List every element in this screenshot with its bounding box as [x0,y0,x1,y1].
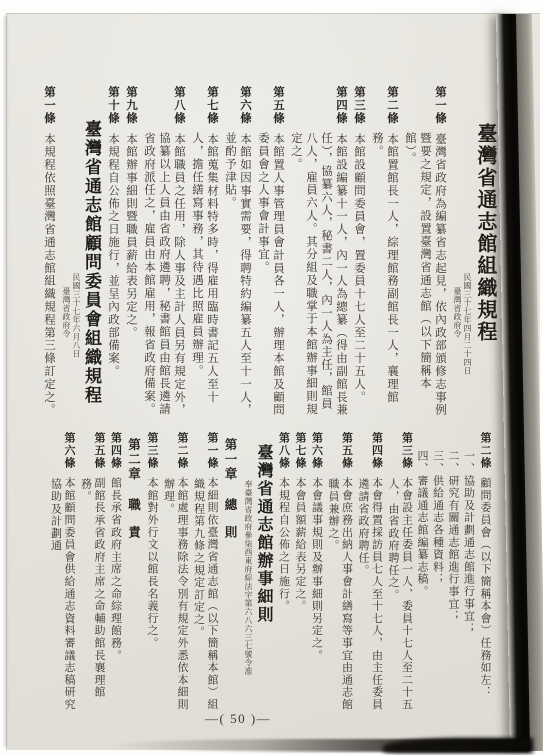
section-header-advisory-committee: 臺灣省通志館顧問委員會組織規程 民國三十七年六月八日 臺灣省政府令 [61,28,102,422]
article-text: 本會員額薪給表另定之。 [294,477,306,612]
article-number: 第九條 [125,86,137,125]
promulgation-dates: 民國三十七年四月二十四日 臺灣省政府令 [452,28,472,422]
article: 第六條本會議事規則及辦事細則另定之。 [309,428,323,715]
chapter-number: 第一章 [223,438,237,482]
promulgation-dates: 民國三十七年六月八日 臺灣省政府令 [61,28,81,422]
article: 第七條本館蒐集材料特多時，得雇用臨時書記五人至十人，擔任繕寫事務，其待遇比照雇員… [189,28,219,422]
article: 第二條本館處理事務除法令別有規定外悉依本細則辦理。 [161,428,188,715]
article-number: 第二條 [386,86,398,125]
article-number: 第五條 [341,432,353,469]
article-number: 第七條 [294,432,306,469]
page-number: —( 50 )— [205,711,271,727]
article-number: 第五條 [272,86,284,125]
article-number: 第二條 [176,432,188,469]
article: 第三條本館對外行文以館長名義行之。 [145,428,159,715]
article-number: 第八條 [278,432,290,469]
article: 第四條本會得置採訪員七人至十七人，由主任委員遴請省政府聘任。 [356,428,383,715]
chapter-name: 職責 [127,498,141,553]
article: 第一條臺灣省政府為編纂省志起見，依內政部頒修志事例暨要之規定，設置臺灣省通志館（… [402,28,447,422]
section-subtitle: 奉臺灣省政府參柒酉東府綜法字第六八六三七號令准 [243,428,253,715]
article-text: 本館顧問委員會供給通志資料審議志稿研究協助及計劃通 [50,477,76,711]
article-number: 第三條 [146,432,158,469]
article-text: 本館職員之任用，除人事及主計人員另有規定外，協纂以上人員由省政府遴聘，秘書館員由… [143,132,185,417]
chapter-heading: 第一章總則 [221,428,238,715]
bottom-regulations-band: 第二條顧問委員會（以下簡稱本會）任務如左： 一、協助及計劃通志館進行事宜； 二、… [20,428,491,715]
article: 第一條本規程依照臺灣省通志館組織規程第三條訂定之。 [41,28,56,422]
article-number: 第四條 [371,432,383,469]
article-number: 第八條 [173,86,185,125]
article-number: 第三條 [401,432,413,469]
article: 第九條本館辦事細則暨職員薪給表另定之。 [123,28,138,422]
article-number: 第七條 [206,86,218,125]
article: 第五條副館長承省政府主席之命輔助館長襄理館務。 [78,428,105,715]
authority-line: 臺灣省政府令 [61,273,71,422]
article-text: 本館設編纂十一人，內一人為總纂（得由副館長兼任），協纂六人，秘書二人，內一人為主… [290,132,347,417]
article: 第八條本規程自公佈之日施行。 [276,428,290,715]
article-item: 三、供給通志各種資料； [430,428,444,715]
scan-edge-left [4,16,7,747]
article-text: 館長承省政府主席之命綜理館務。 [110,477,122,662]
article-text: 本館辦事細則暨職員薪給表另定之。 [125,133,137,339]
article-text: 本細則依臺灣省通志館（以下簡稱本館）組織規程第九條之規定訂定之。 [193,477,219,711]
article-number: 第十條 [107,86,119,125]
article-number: 第六條 [239,86,251,125]
article-number: 第二條 [479,432,491,469]
article: 第一條本細則依臺灣省通志館（以下簡稱本館）組織規程第九條之規定訂定之。 [191,428,218,715]
article-number: 第五條 [93,432,105,469]
article-number: 第一條 [434,86,446,125]
article: 第八條本館職員之任用，除人事及主計人員另有規定外，協纂以上人員由省政府遴聘，秘書… [141,28,186,422]
authority-line: 臺灣省政府令 [452,273,462,422]
article-text: 臺灣省政府為編纂省志起見，依內政部頒修志事例暨要之規定，設置臺灣省通志館（以下簡… [404,132,446,417]
article: 第四條本館設編纂十一人，內一人為總纂（得由副館長兼任），協纂六人，秘書二人，內一… [288,28,348,422]
article-text: 本會議事規則及辦事細則另定之。 [311,477,323,662]
date-line: 民國三十七年六月八日 [71,273,81,422]
article-text: 顧問委員會（以下簡稱本會）任務如左： [479,477,491,698]
chapter-name: 總則 [223,498,237,553]
article: 第七條本會員額薪給表另定之。 [293,428,307,715]
section-header-org-regulations: 臺灣省通志館組織規程 民國三十七年四月二十四日 臺灣省政府令 [452,28,497,422]
article: 第四條館長承省政府主席之命綜理館務。 [108,428,122,715]
section-header-detailed-rules: 臺灣省通志館辦事細則 奉臺灣省政府參柒酉東府綜法字第六八六三七號令准 [243,428,273,715]
section-title: 臺灣省通志館組織規程 [472,28,497,422]
top-regulations-band: 臺灣省通志館組織規程 民國三十七年四月二十四日 臺灣省政府令 第一條臺灣省政府為… [20,28,497,422]
article-text: 本館蒐集材料特多時，得雇用臨時書記五人至十人，擔任繕寫事務，其待遇比照雇員辦理。 [191,132,218,404]
article-text: 本規程自公佈之日施行，並呈內政部備案。 [107,133,119,378]
section-title: 臺灣省通志館辦事細則 [253,428,273,715]
article-number: 第一條 [43,86,55,125]
article-text: 本館對外行文以館長名義行之。 [146,477,158,649]
article-text: 本館設顧問委員會，置委員十七人至二十五人。 [353,133,365,404]
article-number: 第四條 [110,432,122,469]
article-text: 本館處理事務除法令別有規定外悉依本細則辦理。 [163,477,189,711]
article-number: 第三條 [353,86,365,125]
article-text: 本館置館長一人，綜理館務副館長一人，襄理館務。 [371,132,398,404]
article: 第六條本館如因事實需要，得聘特約編纂五人至十一人，並酌予津貼。 [222,28,252,422]
article-number: 第六條 [311,432,323,469]
article-text: 本會庶務出納人事會計繕寫等事宜由通志館職員兼辦之。 [327,477,353,711]
article-item: 二、研究有關通志館進行事宜； [446,428,460,715]
article-text: 本館如因事實需要，得聘特約編纂五人至十一人，並酌予津貼。 [224,132,251,417]
date-line: 民國三十七年四月二十四日 [462,273,472,422]
article: 第二條顧問委員會（以下簡稱本會）任務如左： [478,428,492,715]
article-text: 本規程依照臺灣省通志館組織規程第三條訂定之。 [43,133,55,417]
article-number: 第一條 [206,432,218,469]
article-text: 本會設主任委員一人，委員十七人至二十五人，由省政府聘任之。 [387,477,413,711]
article: 第三條本會設主任委員一人，委員十七人至二十五人，由省政府聘任之。 [386,428,413,715]
scan-shadow-bottom [110,739,529,752]
article: 第五條本會庶務出納人事會計繕寫等事宜由通志館職員兼辦之。 [326,428,353,715]
chapter-heading: 第二章職責 [125,428,142,715]
article-number: 第四條 [335,86,347,125]
chapter-number: 第二章 [127,438,141,482]
article-text: 本會得置採訪員七人至十七人，由主任委員遴請省政府聘任。 [357,477,383,711]
article-text: 副館長承省政府主席之命輔助館長襄理館務。 [80,477,106,698]
article: 第三條本館設顧問委員會，置委員十七人至二十五人。 [351,28,366,422]
article: 第十條本規程自公佈之日施行，並呈內政部備案。 [105,28,120,422]
article: 第六條本館顧問委員會供給通志資料審議志稿研究協助及計劃通 [48,428,75,715]
article-text: 本館置人事管理員會計員各一人，辦理本館及顧問委員會之人事會計事宜。 [257,132,284,417]
article-item: 一、協助及計劃通志館進行事宜； [461,428,475,715]
section-title: 臺灣省通志館顧問委員會組織規程 [81,28,102,422]
article: 第五條本館置人事管理員會計員各一人，辦理本館及顧問委員會之人事會計事宜。 [255,28,285,422]
article-item: 四、審議通志館編纂志稿。 [415,428,429,715]
article: 第二條本館置館長一人，綜理館務副館長一人，襄理館務。 [369,28,399,422]
article-text: 本規程自公佈之日施行。 [278,477,290,612]
article-number: 第六條 [63,432,75,469]
